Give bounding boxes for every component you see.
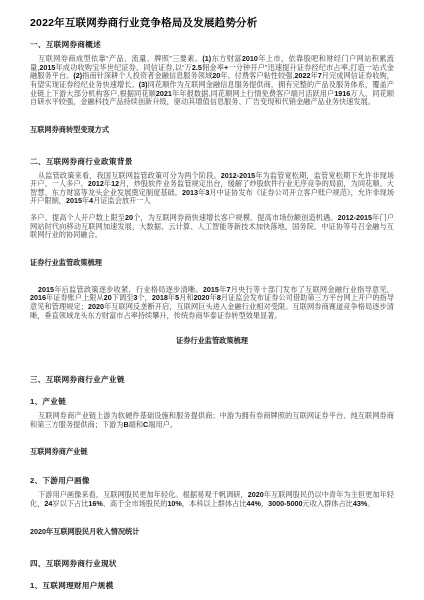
paragraph: 下游用户画像来看，互联网股民更加年轻化。根据易观千帆调研，2020年互联网股民仍… bbox=[30, 491, 394, 508]
section-heading: 一、互联网券商概述 bbox=[30, 39, 394, 50]
section-heading: 四、互联网券商行业现状 bbox=[30, 558, 394, 569]
paragraph: 互联网券商成型依靠“产品、流量、牌照”三要素。(1)东方财富2010年上市，依靠… bbox=[30, 55, 394, 107]
figure-caption: 互联网券商转型变现方式 bbox=[30, 125, 394, 135]
page-title: 2022年互联网券商行业竞争格局及发展趋势分析 bbox=[30, 17, 394, 30]
paragraph: 多户、提高个人开户数上限至20个，为互联网券商快速增长客户规模、提高市场份额创造… bbox=[30, 214, 394, 240]
figure-caption: 2020年互联网股民月收入情况统计 bbox=[30, 527, 394, 537]
document-body: 一、互联网券商概述互联网券商成型依靠“产品、流量、牌照”三要素。(1)东方财富2… bbox=[30, 39, 394, 590]
paragraph: 2015年后监管政策逐步收紧，行业格局逐步清晰。2015年7月央行等十部门发布了… bbox=[30, 286, 394, 320]
figure-caption: 互联网券商产业链 bbox=[30, 447, 394, 457]
figure-caption: 证券行业监管政策梳理 bbox=[30, 258, 394, 268]
figure-caption-centered: 证券行业监管政策梳理 bbox=[30, 336, 394, 346]
sub-heading: 1、互联网理财用户规模 bbox=[30, 580, 394, 591]
section-heading: 三、互联网券商行业产业链 bbox=[30, 374, 394, 385]
paragraph: 互联网券商产业链上游为软硬件基础设施和服务提供商；中游为拥有券商牌照的互联网证券… bbox=[30, 412, 394, 429]
section-heading: 二、互联网券商行业政策背景 bbox=[30, 156, 394, 167]
sub-heading: 2、下游用户画像 bbox=[30, 475, 394, 486]
sub-heading: 1、产业链 bbox=[30, 396, 394, 407]
document-page: 2022年互联网券商行业竞争格局及发展趋势分析 一、互联网券商概述互联网券商成型… bbox=[0, 0, 424, 600]
paragraph: 从监管政策来看，我国互联网监管政策可分为两个阶段。2012-2015年为监管宽松… bbox=[30, 172, 394, 206]
